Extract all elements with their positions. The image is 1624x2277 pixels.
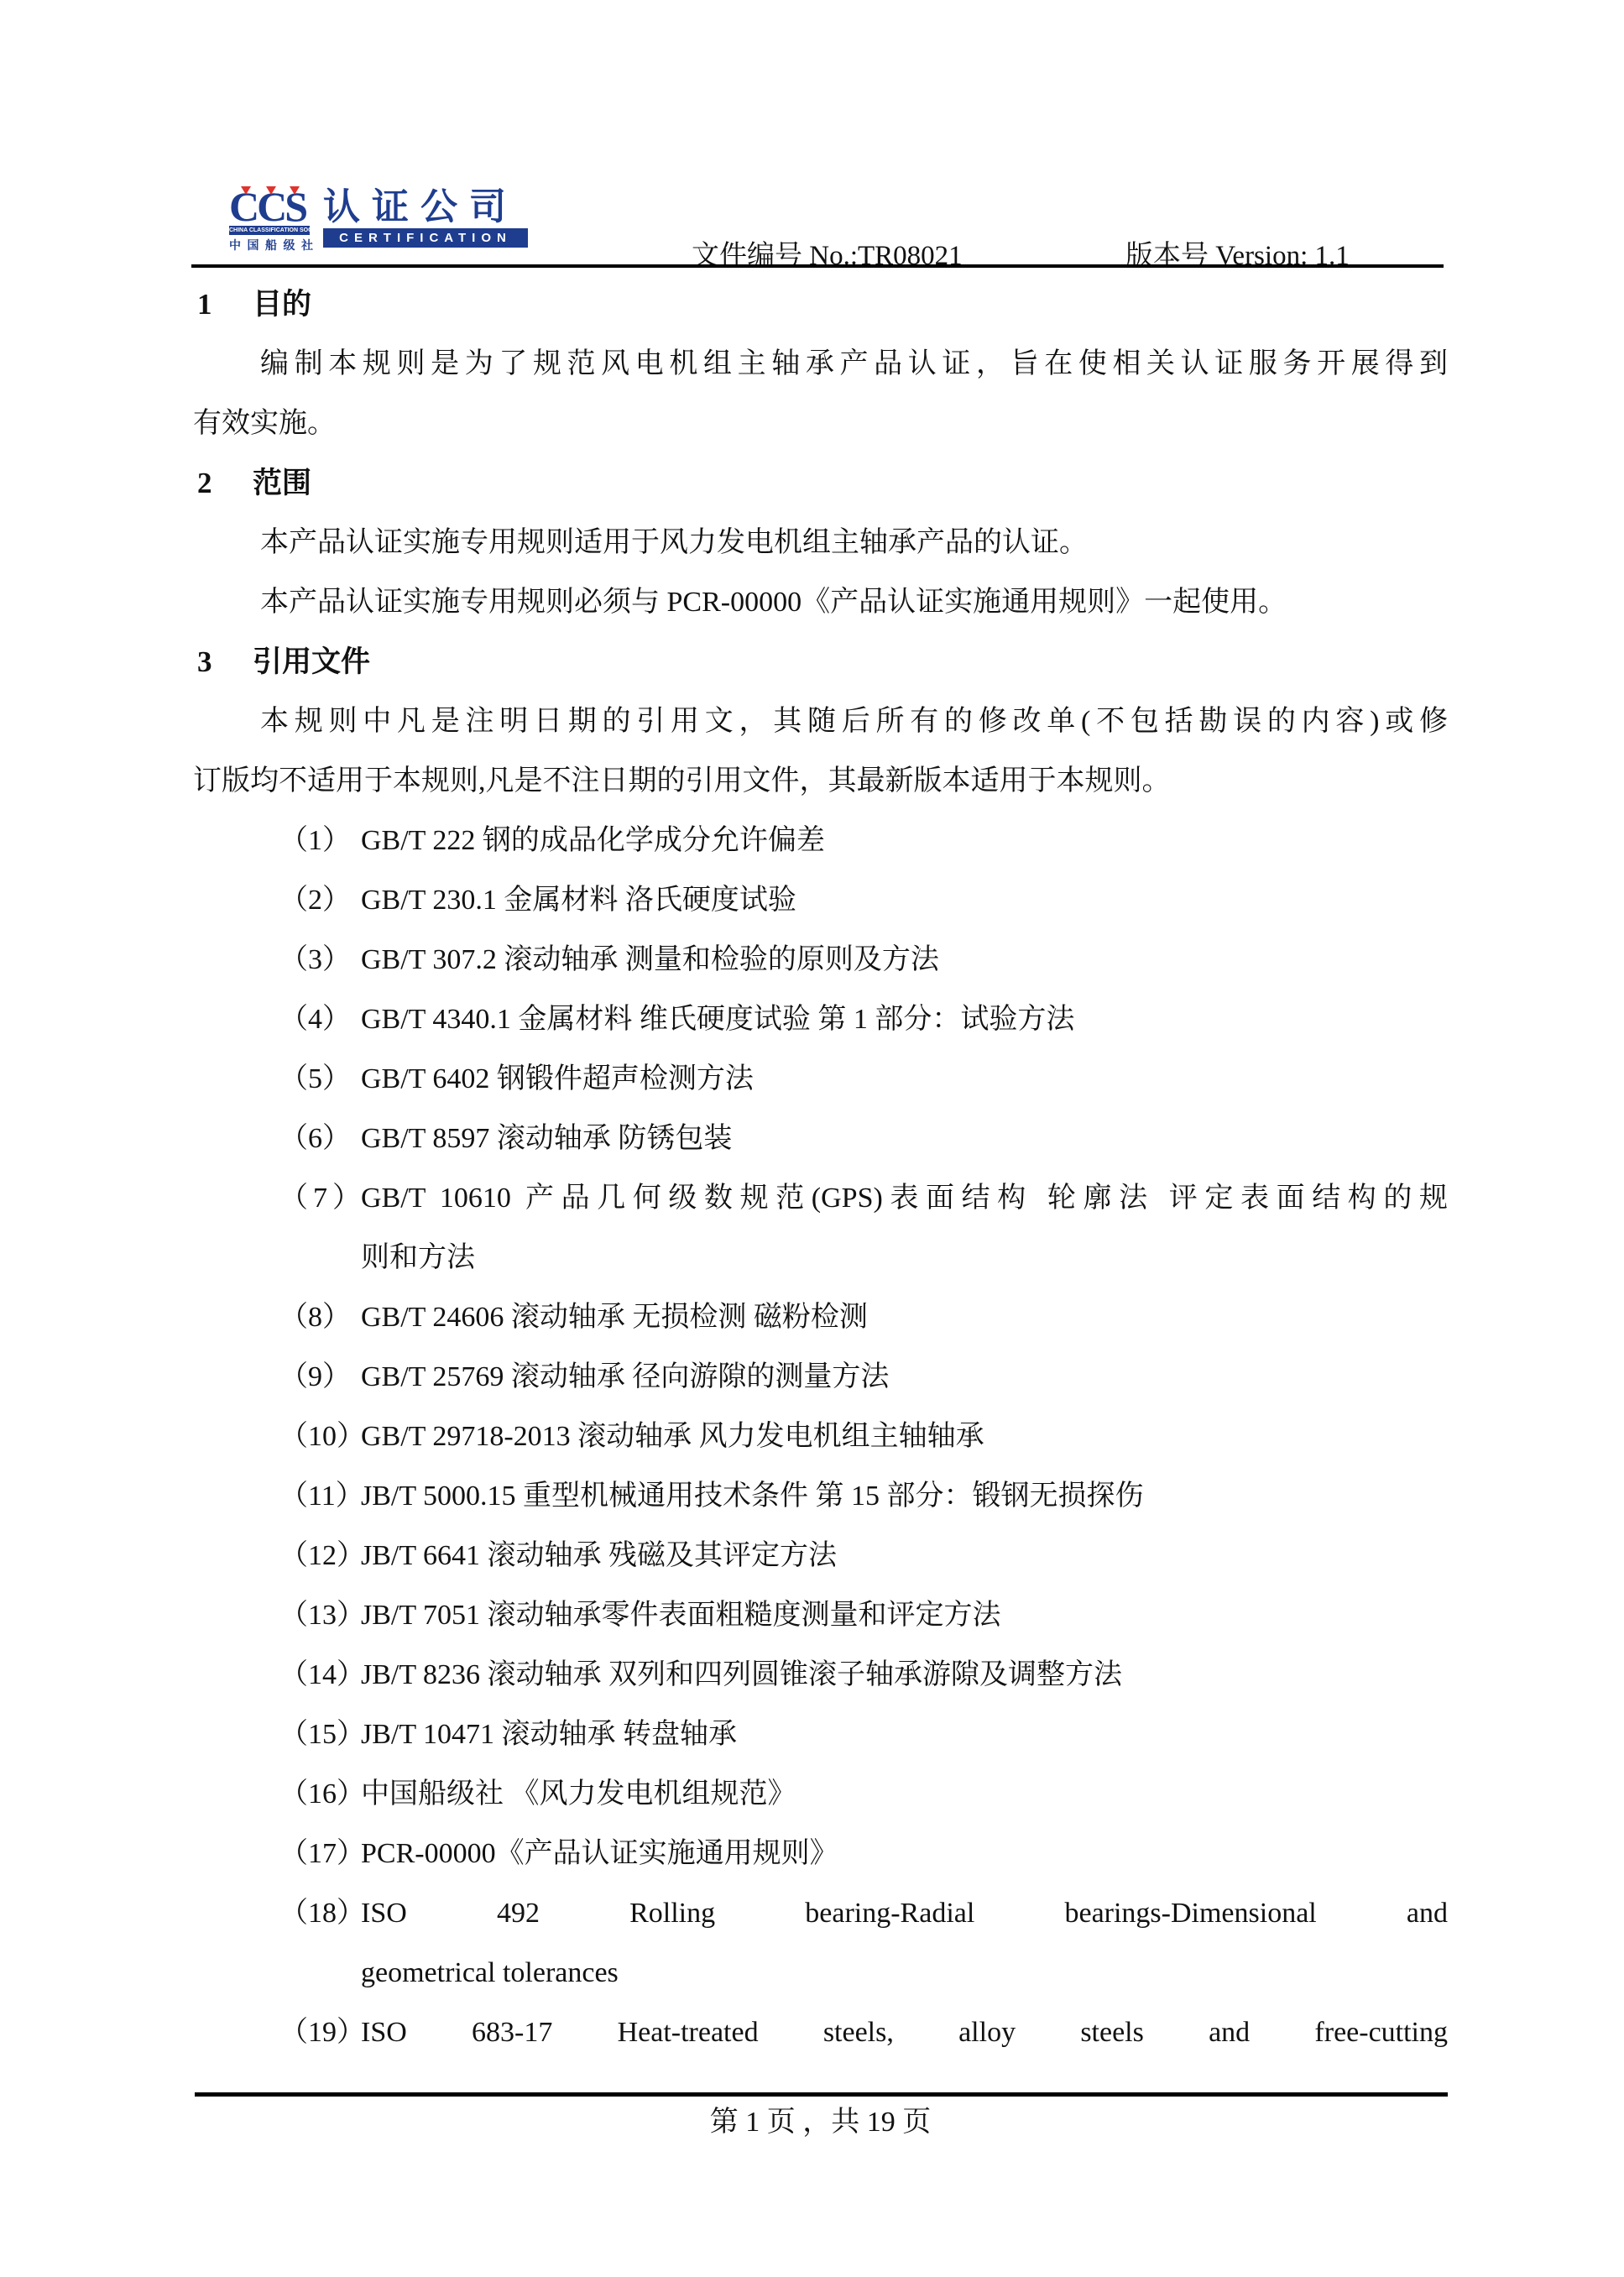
- reference-item: （8）GB/T 24606 滚动轴承 无损检测 磁粉检测: [193, 1287, 1448, 1347]
- ccs-logo-left: CCS CHINA CLASSIFICATION SOCIETY 中 国 船 级…: [229, 188, 310, 253]
- line-number: 1: [197, 274, 253, 334]
- document-body: 1目的编制本规则是为了规范风电机组主轴承产品认证，旨在使相关认证服务开展得到有效…: [193, 274, 1448, 2062]
- reference-item: （2）GB/T 230.1 金属材料 洛氏硬度试验: [193, 870, 1448, 930]
- line-number: 3: [197, 632, 253, 692]
- reference-item: （15）JB/T 10471 滚动轴承 转盘轴承: [193, 1705, 1448, 1764]
- line-number: （18）: [279, 1883, 361, 1943]
- ccs-flag-icon: [266, 186, 276, 195]
- line-number: （1）: [279, 811, 361, 870]
- logo-company-name: 认证公司: [323, 188, 528, 227]
- line-number: （2）: [279, 870, 361, 930]
- reference-item: （6）GB/T 8597 滚动轴承 防锈包装: [193, 1109, 1448, 1168]
- reference-item-continuation: geometrical tolerances: [193, 1943, 1448, 2003]
- line-number: （3）: [279, 930, 361, 990]
- section-heading: 2范围: [193, 453, 1448, 513]
- reference-item: （14）JB/T 8236 滚动轴承 双列和四列圆锥滚子轴承游隙及调整方法: [193, 1645, 1448, 1705]
- section-heading: 1目的: [193, 274, 1448, 334]
- reference-item-continuation: 则和方法: [193, 1228, 1448, 1287]
- reference-item: （19）ISO 683-17 Heat-treated steels, allo…: [193, 2003, 1448, 2062]
- reference-item: （17）PCR-00000《产品认证实施通用规则》: [193, 1824, 1448, 1883]
- line-number: （13）: [279, 1585, 361, 1645]
- line-number: （6）: [279, 1109, 361, 1168]
- ccs-flag-icon: [290, 186, 300, 195]
- ccs-logo-right: 认证公司 CERTIFICATION: [323, 188, 528, 253]
- reference-item: （18）ISO 492 Rolling bearing-Radial beari…: [193, 1883, 1448, 1943]
- ccs-flag-icon: [241, 186, 251, 195]
- paragraph-line: 订版均不适用于本规则,凡是不注日期的引用文件，其最新版本适用于本规则。: [193, 751, 1448, 811]
- line-number: （11）: [279, 1466, 361, 1526]
- reference-item: （5）GB/T 6402 钢锻件超声检测方法: [193, 1049, 1448, 1109]
- reference-item: （1）GB/T 222 钢的成品化学成分允许偏差: [193, 811, 1448, 870]
- reference-item: （11）JB/T 5000.15 重型机械通用技术条件 第 15 部分：锻钢无损…: [193, 1466, 1448, 1526]
- logo-society-cn: 中 国 船 级 社: [229, 237, 310, 253]
- line-number: （12）: [279, 1526, 361, 1585]
- footer-rule: [195, 2092, 1448, 2097]
- reference-item: （7）GB/T 10610 产品几何级数规范(GPS)表面结构 轮廓法 评定表面…: [193, 1168, 1448, 1228]
- line-number: （5）: [279, 1049, 361, 1109]
- line-number: （10）: [279, 1407, 361, 1466]
- section-heading: 3引用文件: [193, 632, 1448, 692]
- line-number: （16）: [279, 1764, 361, 1824]
- line-number: （17）: [279, 1824, 361, 1883]
- reference-item: （10）GB/T 29718-2013 滚动轴承 风力发电机组主轴轴承: [193, 1407, 1448, 1466]
- paragraph-line: 编制本规则是为了规范风电机组主轴承产品认证，旨在使相关认证服务开展得到: [193, 334, 1448, 394]
- paragraph-line: 本产品认证实施专用规则必须与 PCR-00000《产品认证实施通用规则》一起使用…: [193, 572, 1448, 632]
- line-number: （19）: [279, 2003, 361, 2062]
- reference-item: （3）GB/T 307.2 滚动轴承 测量和检验的原则及方法: [193, 930, 1448, 990]
- line-number: （14）: [279, 1645, 361, 1705]
- paragraph-line: 有效实施。: [193, 394, 1448, 453]
- line-number: 2: [197, 453, 253, 513]
- header-rule: [191, 264, 1444, 268]
- paragraph-line: 本规则中凡是注明日期的引用文，其随后所有的修改单(不包括勘误的内容)或修: [193, 692, 1448, 751]
- reference-item: （12）JB/T 6641 滚动轴承 残磁及其评定方法: [193, 1526, 1448, 1585]
- line-number: （9）: [279, 1347, 361, 1407]
- document-page: { "logo": { "acronym": "CCS", "society_e…: [0, 0, 1624, 2277]
- line-number: （7）: [279, 1168, 361, 1228]
- line-number: （15）: [279, 1705, 361, 1764]
- logo-certification-bar: CERTIFICATION: [323, 228, 528, 248]
- line-number: （8）: [279, 1287, 361, 1347]
- ccs-logo-acronym-wrap: CCS: [229, 188, 310, 225]
- reference-item: （16）中国船级社 《风力发电机组规范》: [193, 1764, 1448, 1824]
- footer-page-indicator: 第 1 页 ，共 19 页: [193, 2102, 1448, 2143]
- reference-item: （4）GB/T 4340.1 金属材料 维氏硬度试验 第 1 部分：试验方法: [193, 990, 1448, 1049]
- reference-item: （9）GB/T 25769 滚动轴承 径向游隙的测量方法: [193, 1347, 1448, 1407]
- ccs-logo: CCS CHINA CLASSIFICATION SOCIETY 中 国 船 级…: [229, 188, 528, 253]
- reference-item: （13）JB/T 7051 滚动轴承零件表面粗糙度测量和评定方法: [193, 1585, 1448, 1645]
- paragraph-line: 本产品认证实施专用规则适用于风力发电机组主轴承产品的认证。: [193, 513, 1448, 572]
- line-number: （4）: [279, 990, 361, 1049]
